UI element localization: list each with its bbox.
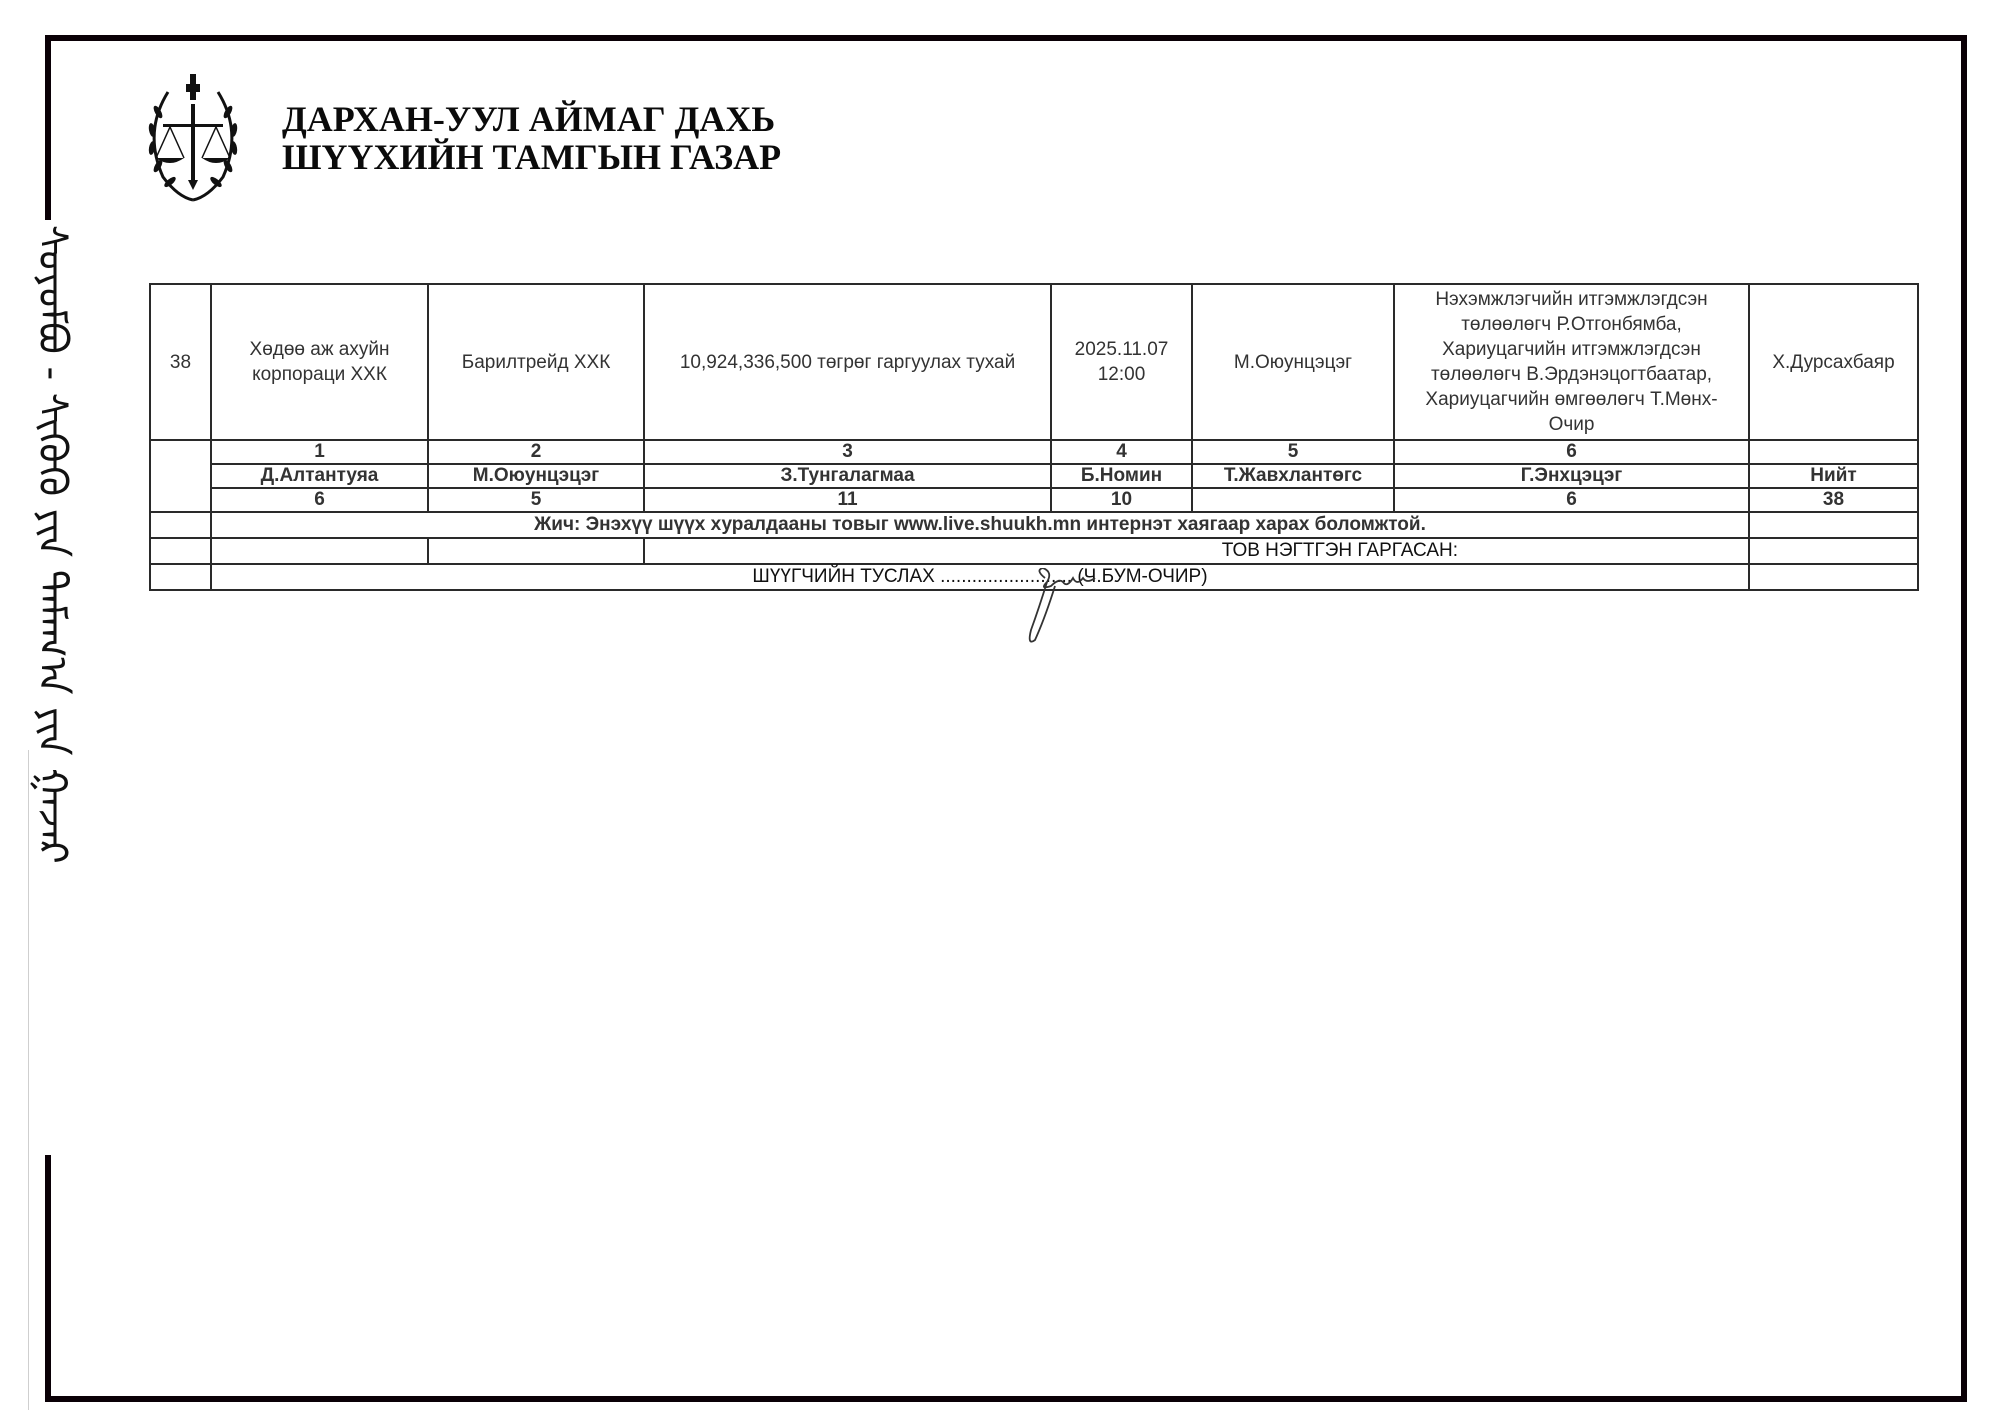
table-row-note: Жич: Энэхүү шүүх хуралдааны товыг www.li… — [150, 512, 1918, 538]
case-number: 38 — [150, 284, 211, 440]
count-cell: 6 — [211, 488, 428, 512]
blank-cell — [150, 538, 211, 564]
table-row-counts: 6 5 11 10 6 38 — [150, 488, 1918, 512]
mongolian-script-side-text: ᠰᠣᠶᠣᠮᠪᠣ - ᠰᠢᠭᠦᠬᠦ ᠶᠢᠨ ᠲᠠᠮᠠᠭ᠎ᠠ ᠶᠢᠨ ᠭᠠᠵᠠᠷ — [22, 225, 82, 1150]
blank-cell — [1749, 538, 1918, 564]
count-cell: 11 — [644, 488, 1051, 512]
secretary-cell: Х.Дурсахбаяр — [1749, 284, 1918, 440]
handwritten-signature-icon — [1025, 568, 1125, 648]
defendant-cell: Барилтрейд ХХК — [428, 284, 644, 440]
judge-name-cell: Б.Номин — [1051, 464, 1192, 488]
total-count-cell: 38 — [1749, 488, 1918, 512]
table-row-judges: Д.Алтантуяа М.Оюунцэцэг З.Тунгалагмаа Б.… — [150, 464, 1918, 488]
index-cell: 5 — [1192, 440, 1394, 464]
index-cell: 4 — [1051, 440, 1192, 464]
judge-name-cell: М.Оюунцэцэг — [428, 464, 644, 488]
organization-title: ДАРХАН-УУЛ АЙМАГ ДАХЬ ШҮҮХИЙН ТАМГЫН ГАЗ… — [282, 100, 781, 176]
blank-cell — [211, 538, 428, 564]
signature-cell: ШҮҮГЧИЙН ТУСЛАХ ........................… — [211, 564, 1749, 590]
count-cell: 6 — [1394, 488, 1749, 512]
total-label-cell: Нийт — [1749, 464, 1918, 488]
blank-cell — [150, 440, 211, 512]
index-cell: 2 — [428, 440, 644, 464]
table-row-index: 1 2 3 4 5 6 — [150, 440, 1918, 464]
page-border-top — [45, 35, 1967, 41]
page-border-left-lower — [45, 1155, 51, 1402]
index-cell: 1 — [211, 440, 428, 464]
note-cell: Жич: Энэхүү шүүх хуралдааны товыг www.li… — [211, 512, 1749, 538]
assistant-signature-text: ШҮҮГЧИЙН ТУСЛАХ ........................… — [752, 566, 1207, 587]
issued-text: ТОВ НЭГТГЭН ГАРГАСАН: — [1222, 540, 1458, 561]
organization-title-line1: ДАРХАН-УУЛ АЙМАГ ДАХЬ — [282, 100, 781, 138]
blank-cell — [1749, 512, 1918, 538]
judge-cell: М.Оюунцэцэг — [1192, 284, 1394, 440]
page-border-bottom — [45, 1396, 1967, 1402]
organization-title-line2: ШҮҮХИЙН ТАМГЫН ГАЗАР — [282, 138, 781, 176]
blank-cell — [428, 538, 644, 564]
blank-cell — [1749, 440, 1918, 464]
issued-cell: ТОВ НЭГТГЭН ГАРГАСАН: — [644, 538, 1749, 564]
count-cell: 10 — [1051, 488, 1192, 512]
note-text: Жич: Энэхүү шүүх хуралдааны товыг www.li… — [534, 514, 1426, 535]
blank-cell — [1749, 564, 1918, 590]
judge-name-cell: Д.Алтантуяа — [211, 464, 428, 488]
page-border-right — [1961, 35, 1967, 1402]
scales-of-justice-emblem-icon — [138, 72, 248, 204]
index-cell: 6 — [1394, 440, 1749, 464]
hearing-schedule-table: 38 Хөдөө аж ахуйн корпораци ХХК Барилтре… — [149, 283, 1919, 591]
claim-cell: 10,924,336,500 төгрөг гаргуулах тухай — [644, 284, 1051, 440]
page-border-left-upper — [45, 35, 51, 220]
blank-cell — [150, 512, 211, 538]
count-cell: 5 — [428, 488, 644, 512]
count-cell — [1192, 488, 1394, 512]
plaintiff-cell: Хөдөө аж ахуйн корпораци ХХК — [211, 284, 428, 440]
participants-cell: Нэхэмжлэгчийн итгэмжлэгдсэн төлөөлөгч Р.… — [1394, 284, 1749, 440]
table-row-case: 38 Хөдөө аж ахуйн корпораци ХХК Барилтре… — [150, 284, 1918, 440]
table-row-issued: ТОВ НЭГТГЭН ГАРГАСАН: — [150, 538, 1918, 564]
blank-cell — [150, 564, 211, 590]
judge-name-cell: З.Тунгалагмаа — [644, 464, 1051, 488]
judge-name-cell: Т.Жавхлантөгс — [1192, 464, 1394, 488]
judge-name-cell: Г.Энхцэцэг — [1394, 464, 1749, 488]
datetime-cell: 2025.11.07 12:00 — [1051, 284, 1192, 440]
index-cell: 3 — [644, 440, 1051, 464]
